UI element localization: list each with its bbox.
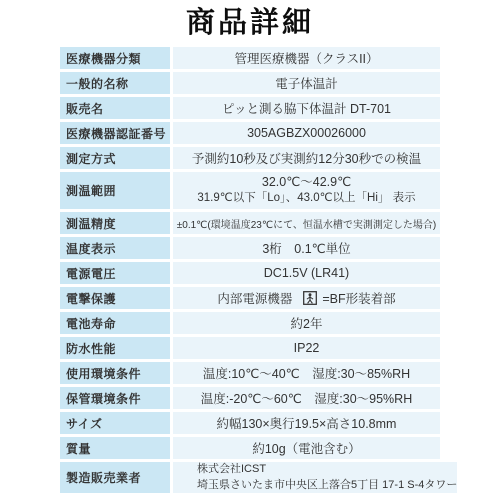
row-label: 測定方式 xyxy=(60,147,170,169)
manufacturer-address: 埼玉県さいたま市中央区上落合5丁目 17-1 S-4タワー xyxy=(197,478,457,493)
row-value: 温度:10℃～40℃ 湿度:30～85%RH xyxy=(173,362,440,384)
row-value: 305AGBZX00026000 xyxy=(173,122,440,144)
table-row: 電源電圧 DC1.5V (LR41) xyxy=(60,262,440,284)
product-detail-page: 商品詳細 医療機器分類 管理医療機器（クラスII） 一般的名称 電子体温計 販売… xyxy=(0,0,500,500)
row-value: 予測約10秒及び実測約12分30秒での検温 xyxy=(173,147,440,169)
row-value: ±0.1℃(環境温度23℃にて、恒温水槽で実測測定した場合) xyxy=(173,212,440,234)
spec-table: 医療機器分類 管理医療機器（クラスII） 一般的名称 電子体温計 販売名 ピッと… xyxy=(60,47,440,493)
row-label: 電源電圧 xyxy=(60,262,170,284)
table-row: 使用環境条件 温度:10℃～40℃ 湿度:30～85%RH xyxy=(60,362,440,384)
row-value: 3桁 0.1℃単位 xyxy=(173,237,440,259)
row-value: DC1.5V (LR41) xyxy=(173,262,440,284)
table-row: 医療機器分類 管理医療機器（クラスII） xyxy=(60,47,440,69)
bf-part-text: =BF形装着部 xyxy=(322,289,395,307)
shock-protection-text: 内部電源機器 xyxy=(217,289,292,307)
table-row: 温度表示 3桁 0.1℃単位 xyxy=(60,237,440,259)
row-label: 温度表示 xyxy=(60,237,170,259)
table-row: 測温範囲 32.0℃～42.9℃ 31.9℃以下「Lo」、43.0℃以上「Hi」… xyxy=(60,172,440,209)
range-line-1: 32.0℃～42.9℃ xyxy=(262,174,351,191)
row-label: 医療機器認証番号 xyxy=(60,122,170,144)
table-row: 測定方式 予測約10秒及び実測約12分30秒での検温 xyxy=(60,147,440,169)
row-value: 約10g（電池含む） xyxy=(173,437,440,459)
row-value: 内部電源機器 =BF形装着部 xyxy=(173,287,440,309)
row-label: 電池寿命 xyxy=(60,312,170,334)
table-row: 医療機器認証番号 305AGBZX00026000 xyxy=(60,122,440,144)
table-row: 質量 約10g（電池含む） xyxy=(60,437,440,459)
table-row: 販売名 ピッと測る脇下体温計 DT-701 xyxy=(60,97,440,119)
row-label: 保管環境条件 xyxy=(60,387,170,409)
row-value: 温度:-20℃～60℃ 湿度:30～95%RH xyxy=(173,387,440,409)
row-label: サイズ xyxy=(60,412,170,434)
row-label: 販売名 xyxy=(60,97,170,119)
bf-applied-part-icon xyxy=(303,291,317,305)
row-value: 電子体温計 xyxy=(173,72,440,94)
row-value: 32.0℃～42.9℃ 31.9℃以下「Lo」、43.0℃以上「Hi」 表示 xyxy=(173,172,440,209)
table-row: 防水性能 IP22 xyxy=(60,337,440,359)
table-row: 保管環境条件 温度:-20℃～60℃ 湿度:30～95%RH xyxy=(60,387,440,409)
manufacturer-name: 株式会社ICST xyxy=(197,462,266,477)
row-label: 一般的名称 xyxy=(60,72,170,94)
row-label: 医療機器分類 xyxy=(60,47,170,69)
page-title: 商品詳細 xyxy=(0,0,500,40)
row-value: ピッと測る脇下体温計 DT-701 xyxy=(173,97,440,119)
table-row: 電撃保護 内部電源機器 =BF形装着部 xyxy=(60,287,440,309)
range-line-2: 31.9℃以下「Lo」、43.0℃以上「Hi」 表示 xyxy=(197,191,415,207)
row-value: 約2年 xyxy=(173,312,440,334)
row-label: 防水性能 xyxy=(60,337,170,359)
row-label: 測温精度 xyxy=(60,212,170,234)
row-label: 電撃保護 xyxy=(60,287,170,309)
row-label: 製造販売業者 xyxy=(60,462,170,493)
table-row: 測温精度 ±0.1℃(環境温度23℃にて、恒温水槽で実測測定した場合) xyxy=(60,212,440,234)
table-row: 電池寿命 約2年 xyxy=(60,312,440,334)
row-label: 質量 xyxy=(60,437,170,459)
row-value: 管理医療機器（クラスII） xyxy=(173,47,440,69)
row-label: 使用環境条件 xyxy=(60,362,170,384)
row-value: 株式会社ICST 埼玉県さいたま市中央区上落合5丁目 17-1 S-4タワー xyxy=(173,462,457,493)
row-value: 約幅130×奥行19.5×高さ10.8mm xyxy=(173,412,440,434)
table-row: 一般的名称 電子体温計 xyxy=(60,72,440,94)
row-label: 測温範囲 xyxy=(60,172,170,209)
table-row: サイズ 約幅130×奥行19.5×高さ10.8mm xyxy=(60,412,440,434)
row-value: IP22 xyxy=(173,337,440,359)
table-row: 製造販売業者 株式会社ICST 埼玉県さいたま市中央区上落合5丁目 17-1 S… xyxy=(60,462,440,493)
